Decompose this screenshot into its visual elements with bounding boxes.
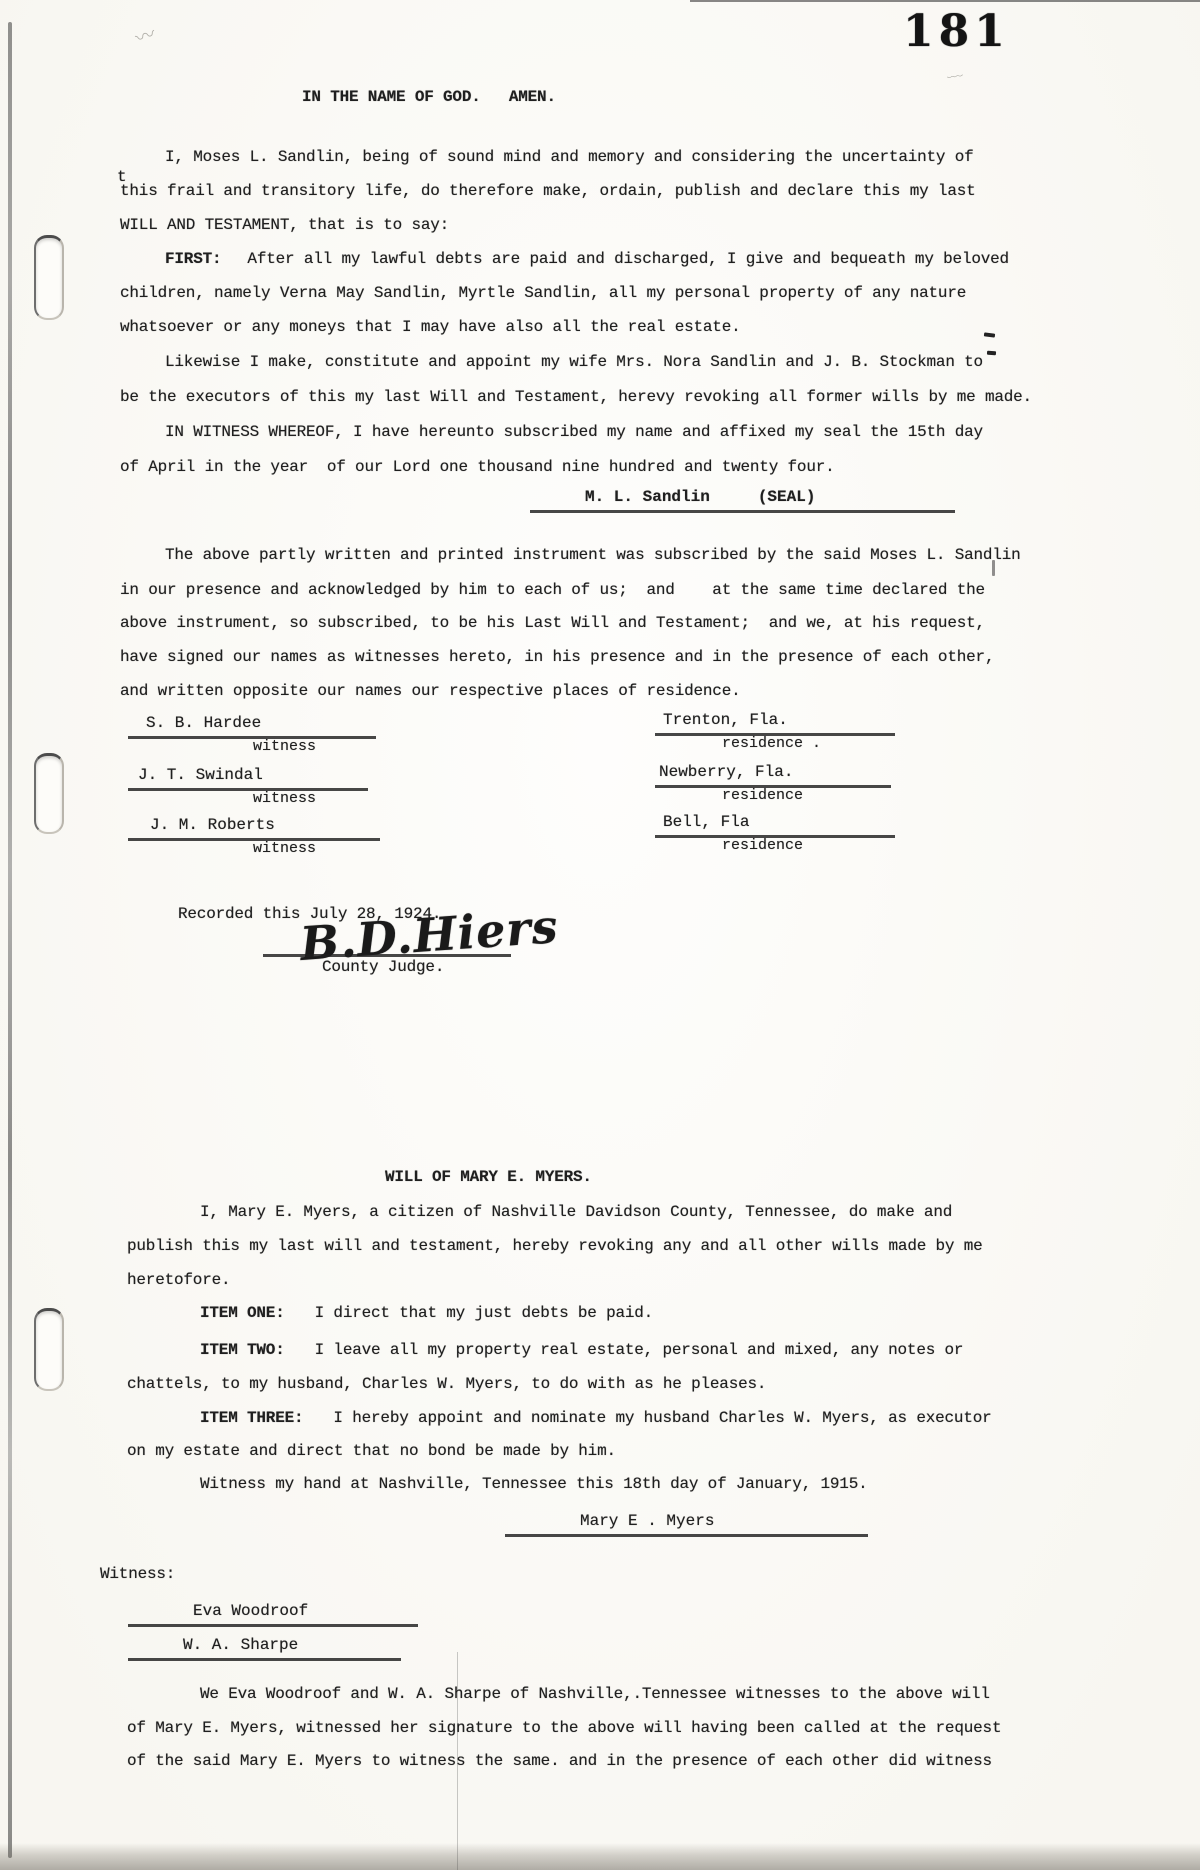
will2-attestation-line3: of the said Mary E. Myers to witness the… [127,1752,992,1770]
will1-witness3-name-line: J. M. Roberts [128,814,380,841]
will2-item-three-line2: on my estate and direct that no bond be … [127,1442,616,1460]
will1-witness1-name-line: S. B. Hardee [128,712,376,739]
will1-first-label: FIRST: [165,250,221,268]
will1-witness1-label: witness [253,739,316,755]
will1-executors-line2: be the executors of this my last Will an… [120,388,1032,406]
will1-attestation-line1: The above partly written and printed ins… [165,546,1021,564]
ink-smudge-top-left: 〰 [131,18,159,53]
county-judge-title: County Judge. [322,958,444,976]
will1-witness2-label: witness [253,791,316,807]
will1-first-clause-line3: whatsoever or any moneys that I may have… [120,318,741,336]
will2-item-two-label: ITEM TWO: [200,1341,285,1359]
will1-witness-whereof-line2: of April in the year of our Lord one tho… [120,458,835,476]
ink-smudge-below-page-number: ﹏ [944,57,963,82]
will2-witness-label: Witness: [100,1565,175,1583]
will1-witness1-residence-label: residence . [722,736,821,752]
will2-item-three-label: ITEM THREE: [200,1409,303,1427]
will1-attestation-line2: in our presence and acknowledged by him … [120,581,985,599]
will1-first-text: After all my lawful debts are paid and d… [247,250,1009,268]
will1-paragraph1-line2: this frail and transitory life, do there… [120,182,976,200]
will1-witness3-residence-label: residence [722,838,803,854]
margin-mark-right-2 [987,351,996,356]
will1-witness2-residence-label: residence [722,788,803,804]
will1-first-clause-line1: FIRST:After all my lawful debts are paid… [165,250,1009,268]
will1-testator-signature-line: M. L. Sandlin (SEAL) [530,486,955,513]
will2-paragraph1-line2: publish this my last will and testament,… [127,1237,983,1255]
scan-bottom-shadow [0,1843,1200,1870]
will1-attestation-line3: above instrument, so subscribed, to be h… [120,614,985,632]
will1-witness2-name-line: J. T. Swindal [128,764,368,791]
will2-attestation-line2: of Mary E. Myers, witnessed her signatur… [127,1719,1001,1737]
will1-paragraph1-line3: WILL AND TESTAMENT, that is to say: [120,216,449,234]
punch-hole [34,753,64,834]
will1-witness3-label: witness [253,841,316,857]
will2-paragraph1-line1: I, Mary E. Myers, a citizen of Nashville… [200,1203,952,1221]
will2-witness1-signature-line: Eva Woodroof [128,1600,418,1627]
will1-paragraph1-line1: I, Moses L. Sandlin, being of sound mind… [165,148,974,166]
will2-witness-hand-line: Witness my hand at Nashville, Tennessee … [200,1475,868,1493]
will2-item-one: ITEM ONE:I direct that my just debts be … [200,1304,653,1322]
will2-item-two: ITEM TWO:I leave all my property real es… [200,1341,963,1359]
will2-item-two-text: I leave all my property real estate, per… [315,1341,964,1359]
will2-item-three-text: I hereby appoint and nominate my husband… [333,1409,991,1427]
punch-hole [34,1308,64,1391]
scan-left-edge-streak [8,22,12,1858]
will2-paragraph1-line3: heretofore. [127,1271,230,1289]
will2-item-two-line2: chattels, to my husband, Charles W. Myer… [127,1375,766,1393]
will1-first-clause-line2: children, namely Verna May Sandlin, Myrt… [120,284,966,302]
will2-item-three: ITEM THREE:I hereby appoint and nominate… [200,1409,992,1427]
will2-item-one-text: I direct that my just debts be paid. [315,1304,653,1322]
will2-item-one-label: ITEM ONE: [200,1304,285,1322]
will2-attestation-line1: We Eva Woodroof and W. A. Sharpe of Nash… [200,1685,990,1703]
will2-witness2-signature-line: W. A. Sharpe [128,1634,401,1661]
county-judge-signature-line [263,930,511,957]
will2-title: WILL OF MARY E. MYERS. [385,1168,592,1186]
will1-attestation-line4: have signed our names as witnesses heret… [120,648,994,666]
will1-witness2-residence-line: Newberry, Fla. [655,761,891,788]
will1-attestation-line5: and written opposite our names our respe… [120,682,741,700]
will1-witness3-residence-line: Bell, Fla [655,811,895,838]
will1-witness-whereof-line1: IN WITNESS WHEREOF, I have hereunto subs… [165,423,983,441]
punch-hole [34,235,64,320]
margin-mark-right-1 [984,332,995,337]
page-number: 181 [903,6,1010,57]
will1-witness1-residence-line: Trenton, Fla. [655,709,895,736]
scan-top-edge [690,0,1200,2]
scanned-will-document-page: 〰 ﹏ 181 IN THE NAME OF GOD. AMEN. I, Mos… [0,0,1200,1870]
will1-executors-line1: Likewise I make, constitute and appoint … [165,353,983,371]
will2-testatrix-signature-line: Mary E . Myers [505,1510,868,1537]
will1-title: IN THE NAME OF GOD. AMEN. [302,88,556,106]
